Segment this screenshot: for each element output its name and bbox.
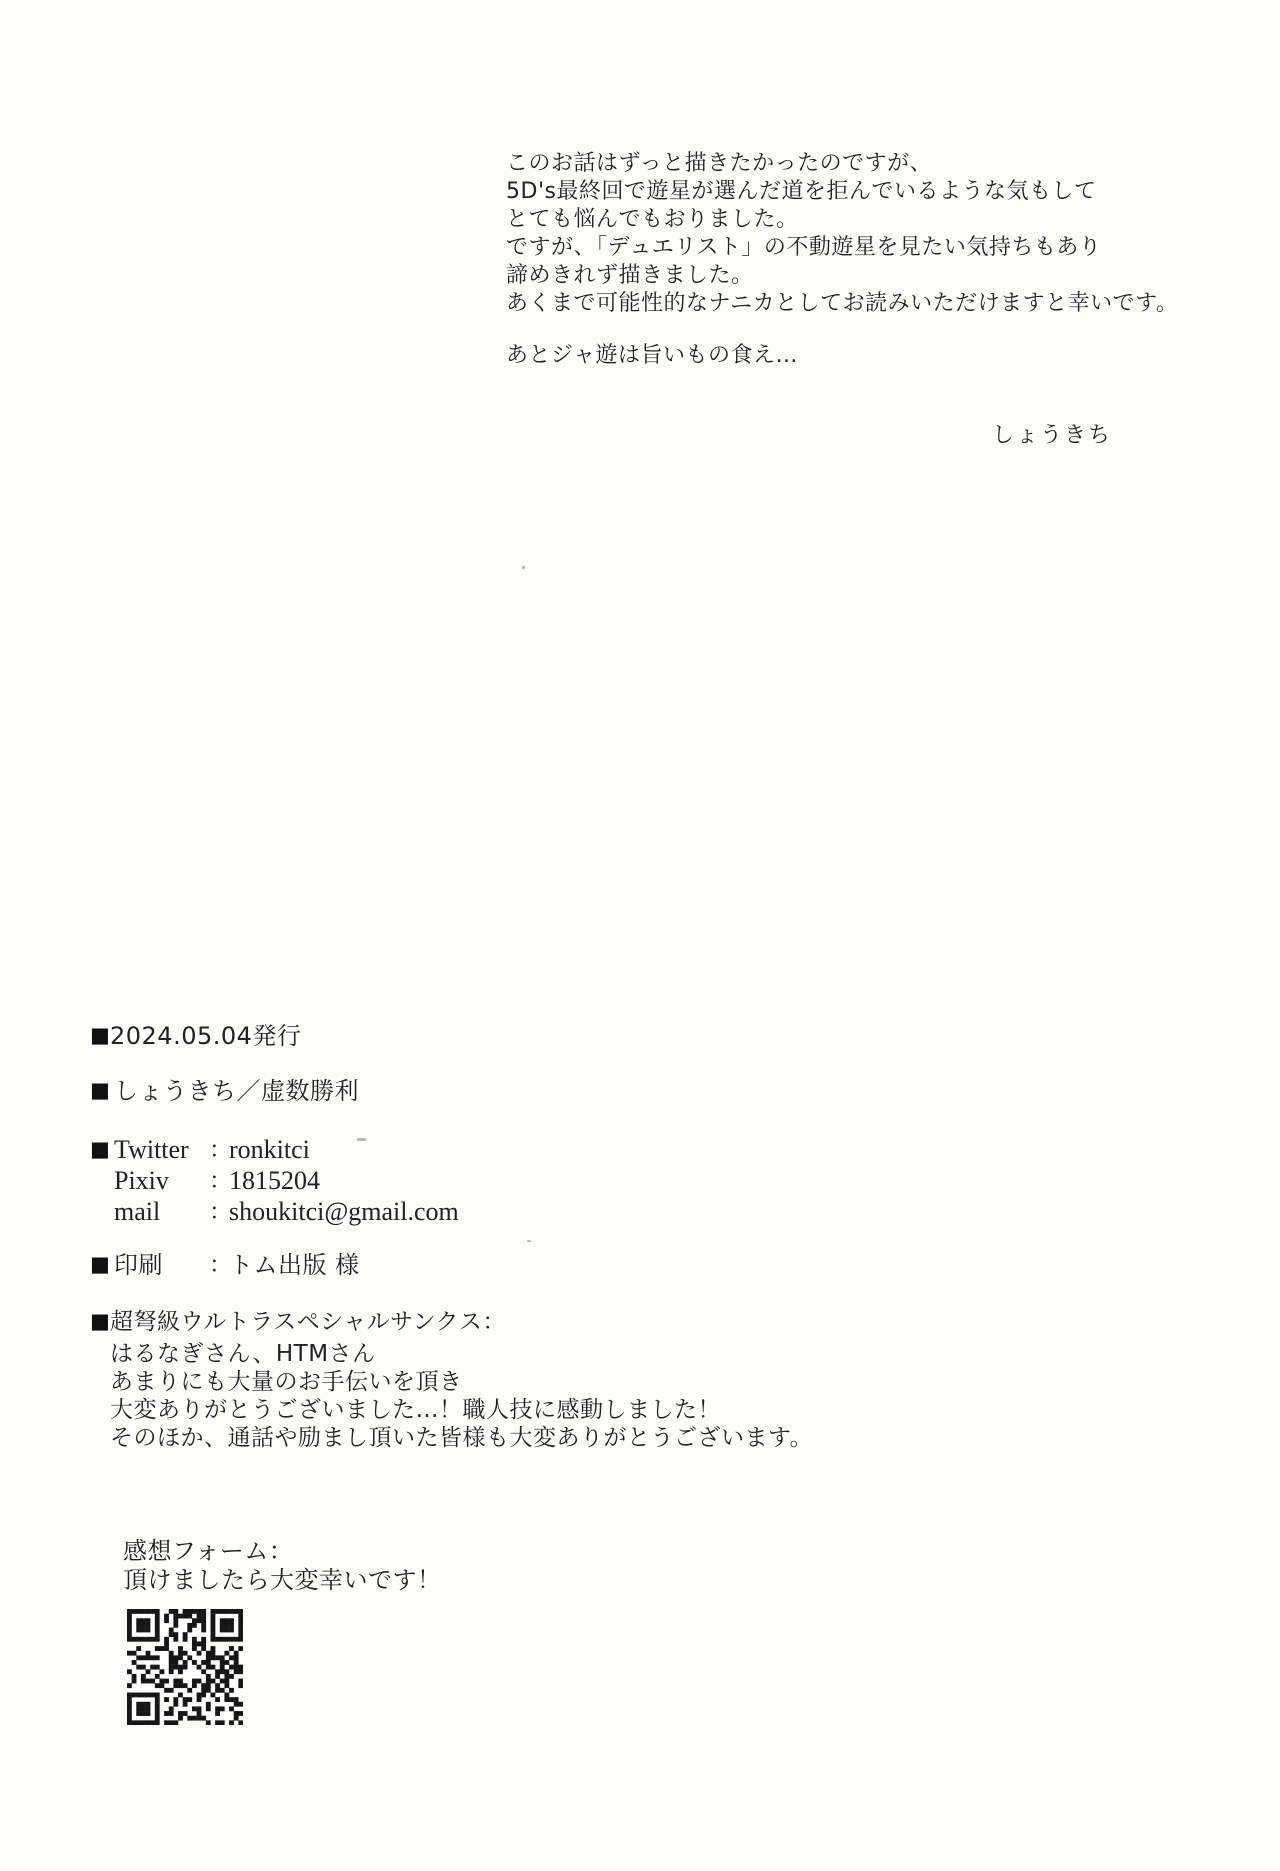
contact-colon: ： bbox=[209, 1198, 229, 1226]
printing-label: 印刷 bbox=[114, 1251, 209, 1279]
printing-row: ■ 印刷 ： トム出版 様 bbox=[90, 1251, 360, 1279]
afterword-line-2: 5D's最終回で遊星が選んだ道を拒んでいるような気もして bbox=[506, 178, 1096, 206]
mail-address: shoukitci@gmail.com bbox=[229, 1198, 459, 1225]
feedback-form-label: 感想フォーム： bbox=[123, 1537, 293, 1565]
afterword-line-4: ですが、「デュエリスト」の不動遊星を見たい気持ちもあり bbox=[506, 234, 1101, 262]
thanks-line-3: 大変ありがとうございました…！職人技に感動しました！ bbox=[110, 1396, 721, 1424]
printer-name: トム出版 様 bbox=[229, 1251, 360, 1279]
feedback-form-qr-code bbox=[127, 1609, 243, 1725]
printing-colon: ： bbox=[209, 1251, 229, 1279]
contact-colon: ： bbox=[209, 1167, 229, 1195]
publish-date-row: ■ 2024.05.04発行 bbox=[90, 1022, 301, 1050]
afterword-line-3: とても悩んでもおりました。 bbox=[506, 206, 799, 234]
square-bullet-icon: ■ bbox=[90, 1136, 114, 1163]
contact-row-pixiv: Pixiv ： 1815204 bbox=[90, 1167, 320, 1195]
afterword-line-6: あくまで可能性的なナニカとしてお読みいただけますと幸いです。 bbox=[506, 290, 1178, 318]
publish-date: 2024.05.04発行 bbox=[110, 1022, 301, 1050]
twitter-handle: ronkitci bbox=[229, 1136, 310, 1163]
contact-colon: ： bbox=[209, 1136, 229, 1164]
scan-speck bbox=[448, 1440, 451, 1443]
author-signature: しょうきち bbox=[992, 418, 1112, 449]
contact-row-twitter: ■ Twitter ： ronkitci bbox=[90, 1136, 310, 1164]
afterword-line-1: このお話はずっと描きたかったのですが、 bbox=[506, 150, 932, 178]
thanks-line-1: はるなぎさん、HTMさん bbox=[110, 1340, 376, 1368]
afterword-line-5: 諦めきれず描きました。 bbox=[506, 262, 754, 290]
scan-speck bbox=[527, 1240, 531, 1242]
contact-label: Twitter bbox=[114, 1136, 209, 1163]
square-bullet-icon: ■ bbox=[90, 1077, 114, 1104]
contact-label: mail bbox=[114, 1198, 209, 1225]
square-bullet-icon: ■ bbox=[90, 1308, 110, 1335]
thanks-title-row: ■ 超弩級ウルトラスペシャルサンクス： bbox=[90, 1308, 506, 1336]
square-bullet-icon: ■ bbox=[90, 1022, 110, 1049]
thanks-title: 超弩級ウルトラスペシャルサンクス： bbox=[110, 1308, 506, 1336]
thanks-line-2: あまりにも大量のお手伝いを頂き bbox=[110, 1368, 463, 1396]
contact-label: Pixiv bbox=[114, 1167, 209, 1194]
circle-name: しょうきち／虚数勝利 bbox=[114, 1077, 359, 1105]
pixiv-id: 1815204 bbox=[229, 1167, 320, 1194]
contact-row-mail: mail ： shoukitci@gmail.com bbox=[90, 1198, 459, 1226]
circle-row: ■ しょうきち／虚数勝利 bbox=[90, 1077, 359, 1105]
scan-speck bbox=[357, 1138, 366, 1141]
scan-speck bbox=[522, 566, 525, 569]
thanks-line-4: そのほか、通話や励まし頂いた皆様も大変ありがとうございます。 bbox=[110, 1424, 813, 1452]
afterword-postscript: あとジャ遊は旨いもの食え… bbox=[506, 338, 798, 369]
feedback-form-note: 頂けましたら大変幸いです！ bbox=[123, 1566, 442, 1594]
square-bullet-icon: ■ bbox=[90, 1251, 114, 1278]
scanned-page: { "page": { "type": "doujinshi-afterword… bbox=[0, 0, 1280, 1871]
